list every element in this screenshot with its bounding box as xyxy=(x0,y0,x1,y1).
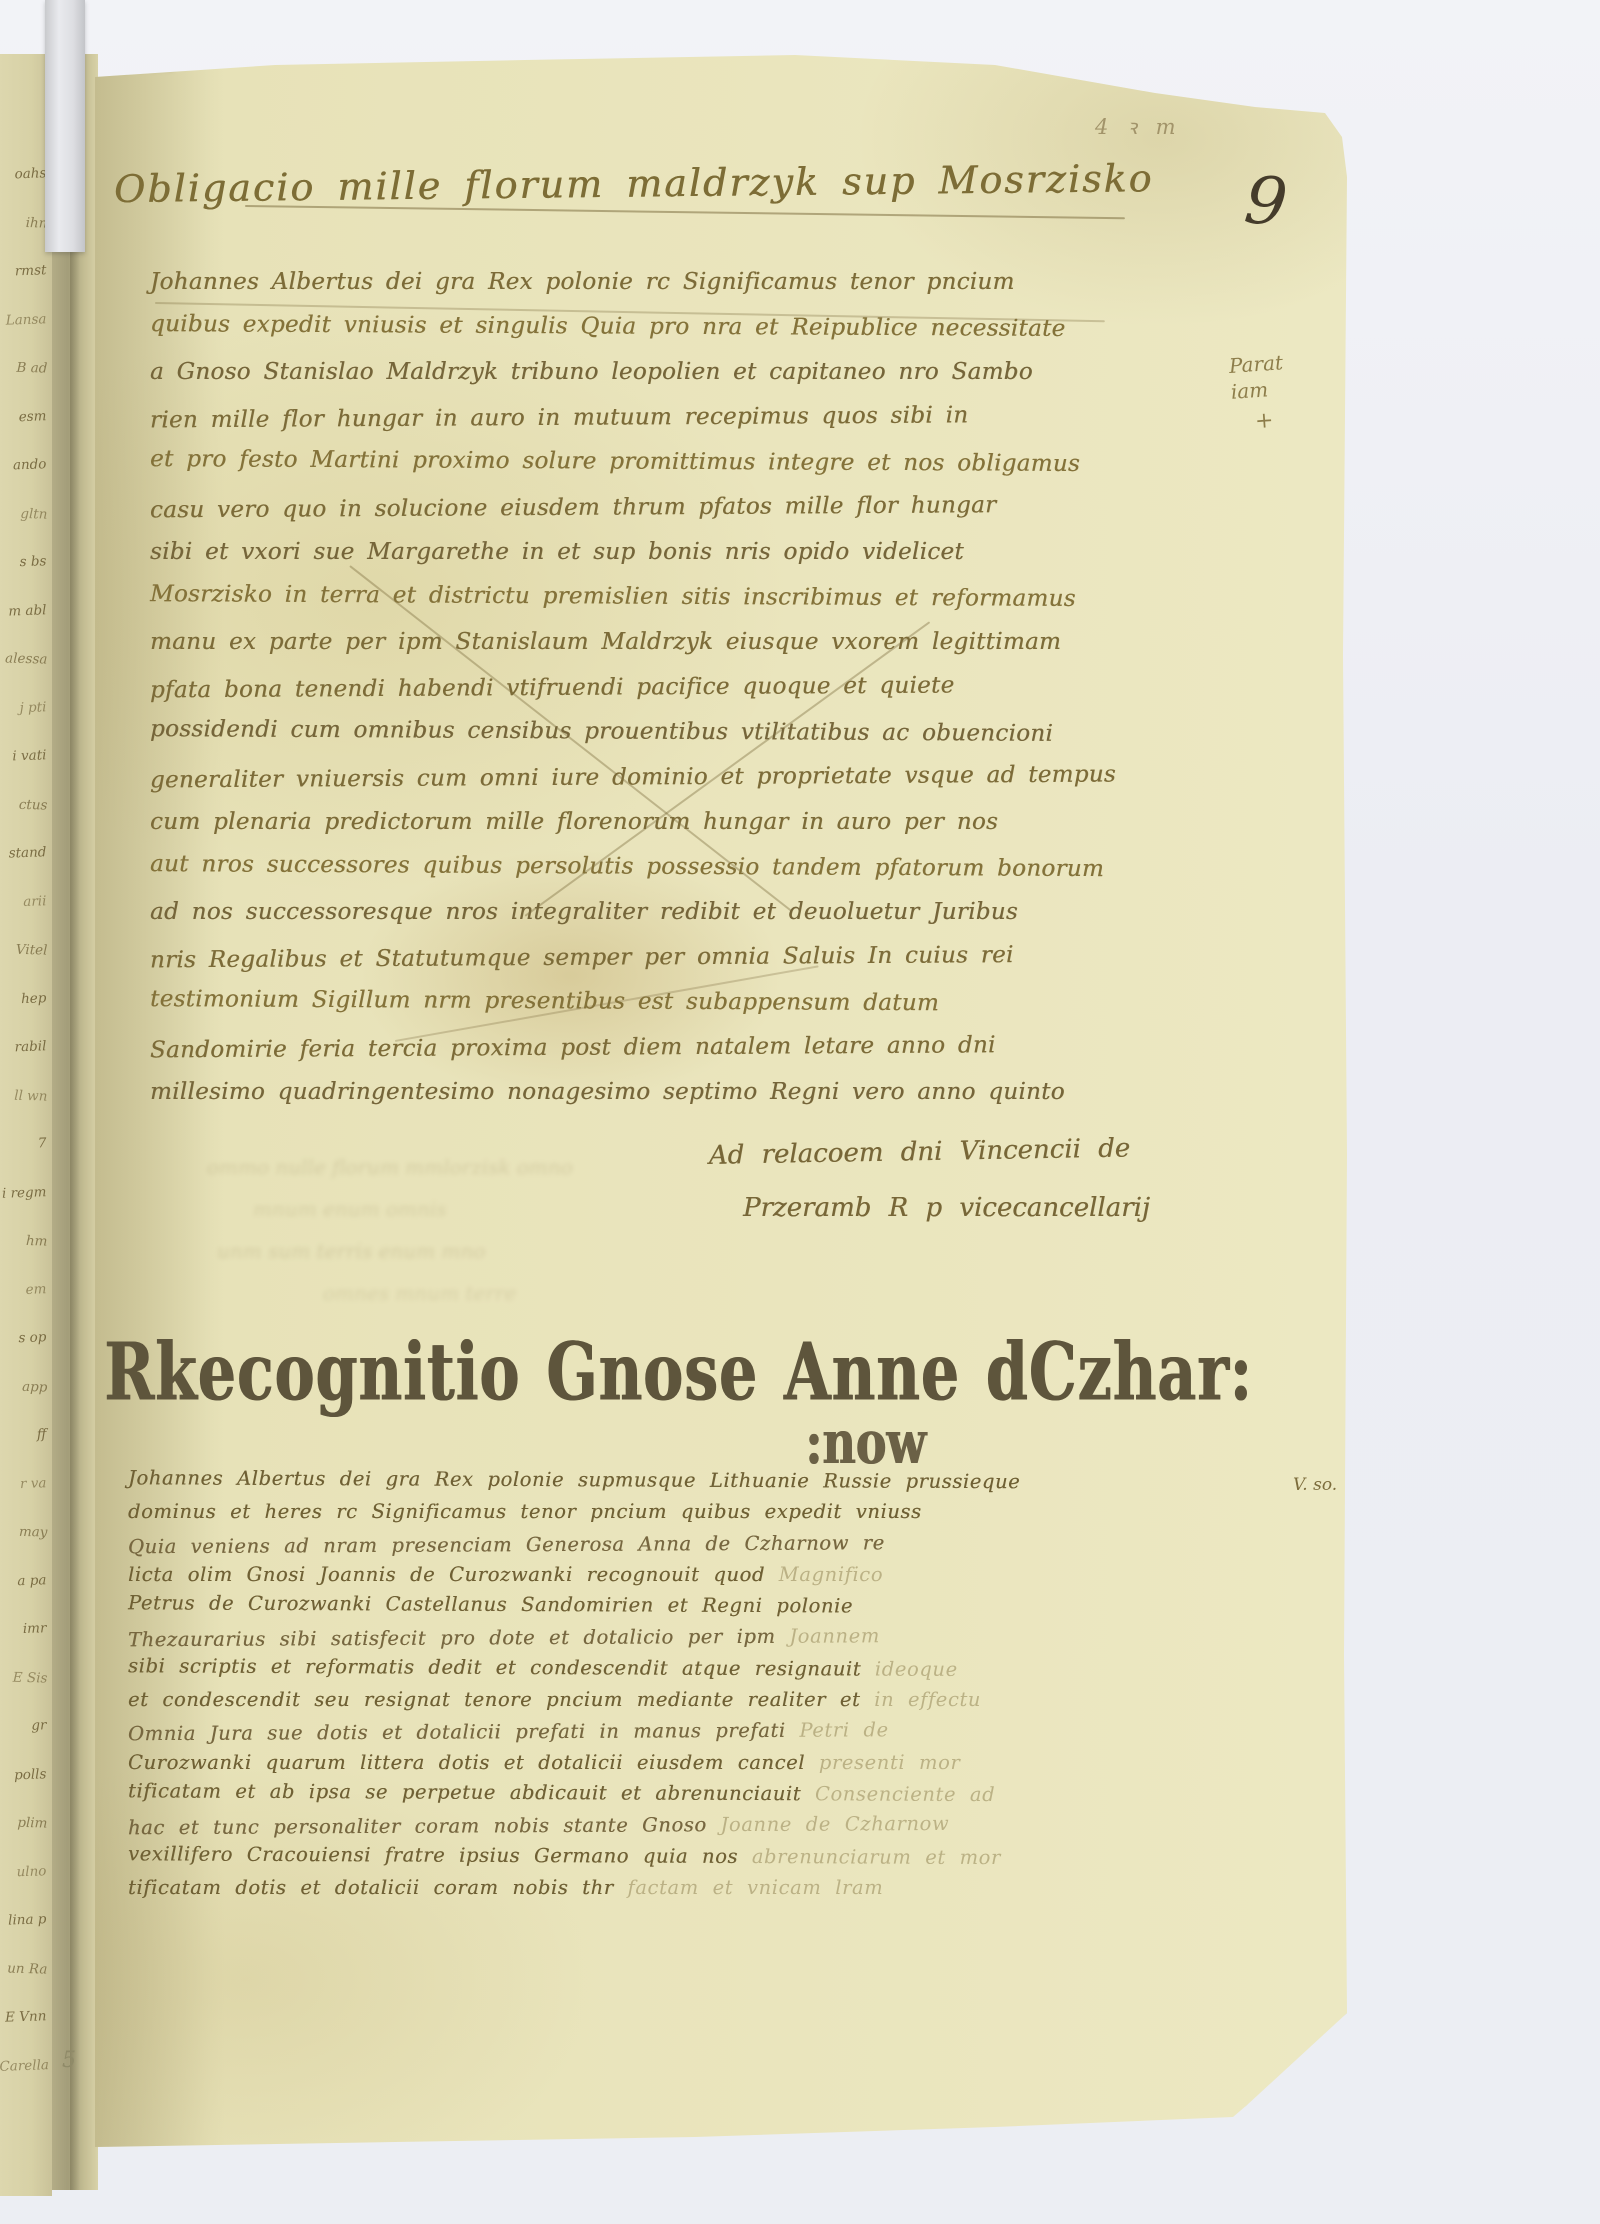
text-fragment: lina p xyxy=(0,1911,51,1961)
text-fragment: alessa xyxy=(0,650,51,700)
manuscript-line: et pro festo Martini proximo solure prom… xyxy=(150,446,1260,497)
line-text: Johannes Albertus dei gra Rex polonie su… xyxy=(128,1466,1020,1493)
entry2-heading-line2: :now xyxy=(805,1407,926,1477)
manuscript-line: Curozwanki quarum littera dotis et dotal… xyxy=(128,1751,1368,1782)
text-fragment: em xyxy=(0,1281,51,1331)
line-text: tificatam dotis et dotalicii coram nobis… xyxy=(128,1876,614,1899)
margin-note-line1: Parat xyxy=(1228,350,1284,378)
manuscript-line: rien mille flor hungar in auro in mutuum… xyxy=(150,401,1260,453)
manuscript-line: millesimo quadringentesimo nonagesimo se… xyxy=(150,1079,1260,1124)
text-fragment: app xyxy=(0,1378,51,1428)
entry1-subscription: Ad relacoem dni Vincencii dePrzeramb R p… xyxy=(743,1137,1150,1249)
line-faded-text: Petri de xyxy=(786,1719,889,1743)
line-text: Thezaurarius sibi satisfecit pro dote et… xyxy=(128,1625,776,1651)
text-fragment: s bs xyxy=(0,553,51,603)
line-text: dominus et heres rc Significamus tenor p… xyxy=(128,1500,922,1523)
entry1-margin-note: Parat iam + xyxy=(1228,349,1288,437)
line-faded-text: ideoque xyxy=(861,1657,958,1680)
manuscript-line: nris Regalibus et Statutumque semper per… xyxy=(150,941,1260,993)
manuscript-line: cum plenaria predictorum mille florenoru… xyxy=(150,809,1260,854)
text-fragment: Lansa xyxy=(0,311,51,361)
facing-page-edge: oahsihnrmstLansaB adesmandogltns bsm abl… xyxy=(0,54,52,2196)
text-fragment: may xyxy=(0,1523,51,1573)
line-faded-text: Joannem xyxy=(775,1625,879,1649)
line-faded-text: presenti mor xyxy=(805,1751,960,1774)
manuscript-line: sibi et vxori sue Margarethe in et sup b… xyxy=(150,539,1260,584)
folio-number: 9 xyxy=(1241,161,1291,242)
ghost-line: nunc mno xyxy=(95,55,175,74)
text-fragment: i regm xyxy=(0,1184,51,1234)
text-fragment: E Vnn xyxy=(0,2008,51,2058)
text-fragment: E Sis xyxy=(0,1669,51,1719)
manuscript-line: aut nros successores quibus persolutis p… xyxy=(150,851,1260,902)
manuscript-line: Omnia Jura sue dotis et dotalicii prefat… xyxy=(128,1716,1368,1754)
text-fragment: un Ra xyxy=(0,1960,51,2010)
text-fragment: esm xyxy=(0,408,51,458)
manuscript-line: tificatam dotis et dotalicii coram nobis… xyxy=(128,1876,1368,1907)
line-text: Curozwanki quarum littera dotis et dotal… xyxy=(128,1751,805,1774)
text-fragment: ll wn xyxy=(0,1087,51,1137)
text-fragment: stand xyxy=(0,844,51,894)
margin-note-line2: iam xyxy=(1230,377,1269,404)
text-fragment: j pti xyxy=(0,699,51,749)
manuscript-line: Johannes Albertus dei gra Rex polonie su… xyxy=(128,1466,1368,1503)
margin-note-mark: + xyxy=(1232,407,1288,437)
line-faded-text: Consenciente ad xyxy=(801,1782,995,1806)
text-fragment: ihn xyxy=(0,214,51,264)
manuscript-page: ommo nulle florum mmlorzisk omnomnum enu… xyxy=(95,55,1347,2147)
line-text: et condescendit seu resignat tenore pnci… xyxy=(128,1688,860,1711)
line-faded-text: Joanne de Czharnow xyxy=(707,1812,950,1836)
text-fragment: hep xyxy=(0,990,51,1040)
entry1-heading: Obligacio mille florum maldrzyk sup Mosr… xyxy=(114,155,1274,211)
line-text: licta olim Gnosi Joannis de Curozwanki r… xyxy=(128,1563,765,1586)
text-fragment: ff xyxy=(0,1426,51,1476)
manuscript-scan: oahsihnrmstLansaB adesmandogltns bsm abl… xyxy=(0,0,1600,2224)
quire-mark: 5 xyxy=(62,2048,76,2073)
line-faded-text: in effectu xyxy=(860,1688,981,1711)
manuscript-line: sibi scriptis et reformatis dedit et con… xyxy=(128,1654,1368,1691)
line-faded-text: Magnifico xyxy=(765,1563,883,1586)
text-fragment: B ad xyxy=(0,359,51,409)
text-fragment: ctus xyxy=(0,796,51,846)
ghost-line: omnes mnum terre xyxy=(323,1281,516,1305)
manuscript-line: Johannes Albertus dei gra Rex polonie rc… xyxy=(150,269,1260,314)
line-text: Petrus de Curozwanki Castellanus Sandomi… xyxy=(128,1591,853,1617)
leaf-edge-ribbon xyxy=(45,0,85,252)
line-faded-text: abrenunciarum et mor xyxy=(738,1845,1001,1869)
manuscript-line: Sandomirie feria tercia proxima post die… xyxy=(150,1031,1260,1083)
manuscript-line: licta olim Gnosi Joannis de Curozwanki r… xyxy=(128,1563,1368,1594)
text-fragment: gltn xyxy=(0,505,51,555)
facing-page-text-fragments: oahsihnrmstLansaB adesmandogltns bsm abl… xyxy=(0,166,50,2106)
text-fragment: polls xyxy=(0,1766,51,1816)
manuscript-line: pfata bona tenendi habendi vtifruendi pa… xyxy=(150,671,1260,723)
manuscript-line: Mosrzisko in terra et districtu premisli… xyxy=(150,581,1260,632)
manuscript-line: quibus expedit vniusis et singulis Quia … xyxy=(150,311,1260,362)
entry1-text-block: Johannes Albertus dei gra Rex polonie rc… xyxy=(150,269,1260,1124)
entry2-heading-line1: Rkecognitio Gnose Anne dCzhar: xyxy=(104,1327,1304,1419)
text-fragment: arii xyxy=(0,893,51,943)
entry2-text-block: Johannes Albertus dei gra Rex polonie su… xyxy=(128,1469,1368,1907)
text-fragment: m abl xyxy=(0,602,51,652)
text-fragment: 7 xyxy=(0,1135,51,1185)
manuscript-line: ad nos successoresque nros integraliter … xyxy=(150,899,1260,944)
text-fragment: Vitel xyxy=(0,941,51,991)
manuscript-line: Quia veniens ad nram presenciam Generosa… xyxy=(128,1528,1368,1566)
line-text: hac et tunc personaliter coram nobis sta… xyxy=(128,1813,707,1839)
text-fragment: ulno xyxy=(0,1863,51,1913)
text-fragment: r va xyxy=(0,1475,51,1525)
text-fragment: oahs xyxy=(0,165,51,215)
manuscript-line: casu vero quo in solucione eiusdem thrum… xyxy=(150,491,1260,543)
text-fragment: Carella xyxy=(0,2057,51,2107)
line-faded-text: factam et vnicam lram xyxy=(614,1876,884,1899)
manuscript-line: testimonium Sigillum nrm presentibus est… xyxy=(150,986,1260,1037)
line-text: vexillifero Cracouiensi fratre ipsius Ge… xyxy=(128,1842,738,1868)
text-fragment: rmst xyxy=(0,262,51,312)
subscription-line: Ad relacoem dni Vincencii de xyxy=(709,1133,1151,1197)
text-fragment: rabil xyxy=(0,1038,51,1088)
text-fragment: i vati xyxy=(0,747,51,797)
ghost-line: mnum enum omnis xyxy=(253,1197,447,1221)
manuscript-line: generaliter vniuersis cum omni iure domi… xyxy=(150,761,1260,813)
manuscript-line: dominus et heres rc Significamus tenor p… xyxy=(128,1500,1368,1531)
manuscript-line: vexillifero Cracouiensi fratre ipsius Ge… xyxy=(128,1842,1368,1879)
corner-pencil-marks: 4 ꝛ m xyxy=(1095,113,1182,141)
ghost-line: unm sum terris enum mno xyxy=(217,1239,485,1263)
manuscript-line: a Gnoso Stanislao Maldrzyk tribuno leopo… xyxy=(150,359,1260,404)
gutter-shadow xyxy=(70,54,80,2190)
text-fragment: ando xyxy=(0,456,51,506)
subscription-line: Przeramb R p vicecancellarij xyxy=(743,1193,1150,1249)
text-fragment: hm xyxy=(0,1232,51,1282)
manuscript-line: et condescendit seu resignat tenore pnci… xyxy=(128,1688,1368,1719)
line-text: Quia veniens ad nram presenciam Generosa… xyxy=(128,1531,885,1558)
text-fragment: plim xyxy=(0,1814,51,1864)
line-text: sibi scriptis et reformatis dedit et con… xyxy=(128,1654,861,1680)
pen-stroke xyxy=(245,205,1125,219)
text-fragment: s op xyxy=(0,1329,51,1379)
line-text: Omnia Jura sue dotis et dotalicii prefat… xyxy=(128,1719,786,1745)
dog-ear-fold xyxy=(1245,2007,1347,2107)
manuscript-line: possidendi cum omnibus censibus prouenti… xyxy=(150,716,1260,767)
line-text: tificatam et ab ipsa se perpetue abdicau… xyxy=(128,1779,801,1805)
text-fragment: gr xyxy=(0,1717,51,1767)
text-fragment: a pa xyxy=(0,1572,51,1622)
manuscript-line: manu ex parte per ipm Stanislaum Maldrzy… xyxy=(150,629,1260,674)
text-fragment: imr xyxy=(0,1620,51,1670)
ghost-line: ommo nulle florum mmlorzisk omno xyxy=(207,1155,573,1179)
